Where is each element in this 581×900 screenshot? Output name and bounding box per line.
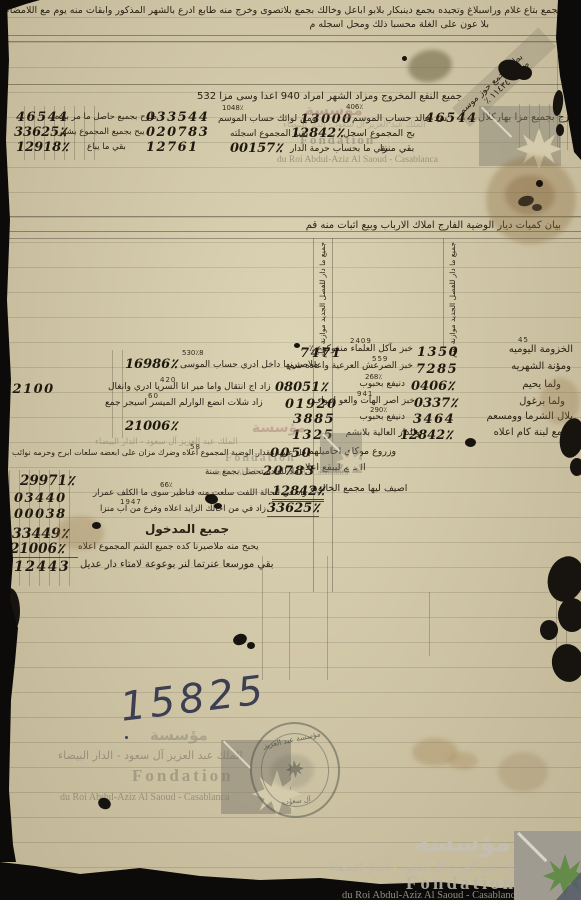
ink-blot: [247, 642, 255, 649]
ink-blot: [532, 204, 542, 211]
expense-text: زاد اج انتقال واما مير انا السريا ادري و…: [108, 383, 271, 393]
ink-blot: [92, 522, 101, 529]
watermark-fondation: Fondation: [225, 450, 296, 465]
row-desc-sup: 2409: [350, 337, 372, 345]
ink-blot: [558, 598, 581, 632]
row-label-sup: 45: [518, 336, 529, 344]
lower-r2-far-num: 03440: [14, 492, 67, 505]
lower-r3-num: 33625٪: [267, 502, 319, 517]
lower-r6-num: 12443: [14, 560, 70, 574]
ledger-ticks: [112, 350, 124, 438]
watermark-title-arabic: الملك عبد العزيز آل سعود - الدار البيضاء: [58, 749, 243, 762]
row-label: الخزومة اليوميه: [509, 344, 573, 355]
ruled-line: [0, 238, 581, 239]
row-desc: دنيفع بحبوب: [359, 413, 405, 423]
watermark-fondation: Fondation: [132, 766, 234, 786]
row-amount: 1350: [417, 346, 459, 359]
row-desc-num: 08051٪: [275, 381, 327, 394]
summary-left-col2-2: 020783: [146, 126, 209, 139]
lower-r2-sup: 66٪: [160, 481, 173, 489]
watermark-subtitle: du Roi Abdul-Aziz Al Saoud - Casablanca: [60, 792, 229, 803]
watermark-org-arabic: مؤسسة: [400, 828, 525, 857]
row-desc-sup: 290٪: [370, 406, 387, 414]
ledger-ticks: [289, 592, 299, 680]
header-line-1: بلغ الجمع بتاع غلام وراسبلاغ وتجيده بجمع…: [5, 6, 577, 16]
row-desc-sup: 941: [357, 390, 373, 398]
ink-blot: [556, 124, 564, 136]
watermark-org-arabic: مؤسسة: [150, 726, 208, 744]
watermark-subtitle: du Roi Abdul-Aziz Al Saoud - Casablanca: [277, 155, 438, 165]
watermark-title-arabic: الملك عبد العزيز آل سعود - الدار البيضاء: [95, 437, 238, 447]
lower-r2-left-text: زاد في انحالة اللفت سلعت منه فناظير سوى …: [93, 489, 307, 498]
stain: [498, 752, 548, 792]
scanned-document: بلغ الجمع بتاع غلام وراسبلاغ وتجيده بجمع…: [0, 0, 581, 900]
ruled-line: [0, 41, 581, 42]
row-amount: 0406٪: [411, 380, 454, 393]
ink-blot: [540, 620, 558, 640]
summary-left-col2-1: 033544: [146, 111, 209, 124]
pen-dot: [125, 736, 128, 739]
ink-blot: [402, 56, 407, 61]
row-desc: دنيفع بحبوب: [359, 380, 405, 390]
ruled-line: [0, 231, 581, 232]
lower-r3-far-num: 00038: [14, 508, 67, 521]
expense-sup: 530٪8: [182, 349, 204, 357]
balance-overline: [8, 557, 78, 558]
ink-blot: [465, 438, 476, 447]
row-desc-sup: 559: [372, 355, 388, 363]
column-header-right: جميع ما دار للفصل الجديد موازنة شم: [449, 242, 457, 334]
summary-r1-sup2: 1048٪: [222, 104, 244, 112]
row-desc-sup: 268٪: [365, 373, 382, 381]
row-amount: 3464: [413, 413, 455, 426]
lower-r1-far-num: 29971٪: [20, 475, 74, 489]
summary-r2-text2: بقية المجموع اسجلته: [230, 130, 308, 140]
summary-left-col1-3: 12918٪: [16, 141, 68, 154]
watermark-title-arabic: الملك عبد العزيز آل سعود - الدار البيضاء: [283, 120, 426, 130]
expense-text: ملاصيرنها داخل ادري حساب الموسى: [180, 361, 318, 371]
expense-num: 16986٪: [125, 358, 177, 371]
ink-blot: [536, 180, 543, 187]
ledger-ticks: [262, 556, 272, 680]
expense-text: زاد شلات انضع الوارلم الميسر اسيجر جمع: [105, 399, 263, 409]
watermark-org-arabic: مؤسسة: [252, 420, 306, 436]
ruled-line: [0, 35, 581, 36]
watermark-subtitle: du Roi Abdul-Aziz Al Saoud - Casablanca: [328, 890, 534, 900]
summary-left-col2-3: 12761: [146, 141, 199, 154]
row-desc-num: 7471: [300, 347, 342, 360]
summary-left-text-2: يبح بجميع المجموع بشهر: [58, 128, 145, 137]
summary-left-text-3: بقي ما يباع: [87, 143, 126, 152]
watermark-fondation: Fondation: [300, 132, 375, 148]
lower-r3-left-text: زاد في من اخالك الزايد اعلاه وفرع من اب …: [100, 505, 266, 514]
ledger-ticks: [429, 592, 439, 656]
ledger-ticks: [327, 556, 337, 680]
lower-r5-text: يحبح منه ملاصيرنا كده جميع الشم المجموع …: [78, 543, 259, 553]
header-line-2: بلا عون على الغلة محسبا ذلك ومحل اسجله م: [309, 20, 489, 30]
lower-r5-num: 21006٪: [10, 543, 64, 557]
row-amount: 7285: [416, 363, 458, 376]
ink-blot: [214, 503, 222, 509]
summary-r3-num: 00157٪: [230, 142, 282, 155]
column-header-left: جميع ما دار للفصل الجديد موازنة شم: [319, 242, 327, 334]
lower-total-label: جميع المدخول: [145, 523, 229, 536]
expense-num: 01920: [285, 398, 338, 411]
ink-blot: [294, 343, 300, 348]
ink-blot: [516, 66, 532, 80]
watermark-title-arabic: الملك عبد العزيز آل سعود - الدار البيضاء: [330, 860, 530, 874]
lower-r3-sup: 1947: [120, 498, 142, 506]
summary-left-text-1: طرح بجميع حاصل ما مر بيده: [55, 113, 157, 122]
row-amount: 0337٪: [414, 397, 457, 410]
lower-r6-text: بقي مورسعا عنرتما لنر بوعوعة لامتاء دار …: [80, 559, 274, 570]
row-label: ومؤنة الشهريه: [511, 361, 571, 372]
stain: [448, 752, 478, 770]
expense-total: 21006٪: [125, 420, 177, 433]
lower-r2-right-text: اصيف ليها مجمع الخالوية: [310, 484, 407, 494]
watermark-org-arabic: مؤسسة: [305, 101, 363, 119]
ink-blot: [570, 458, 581, 476]
